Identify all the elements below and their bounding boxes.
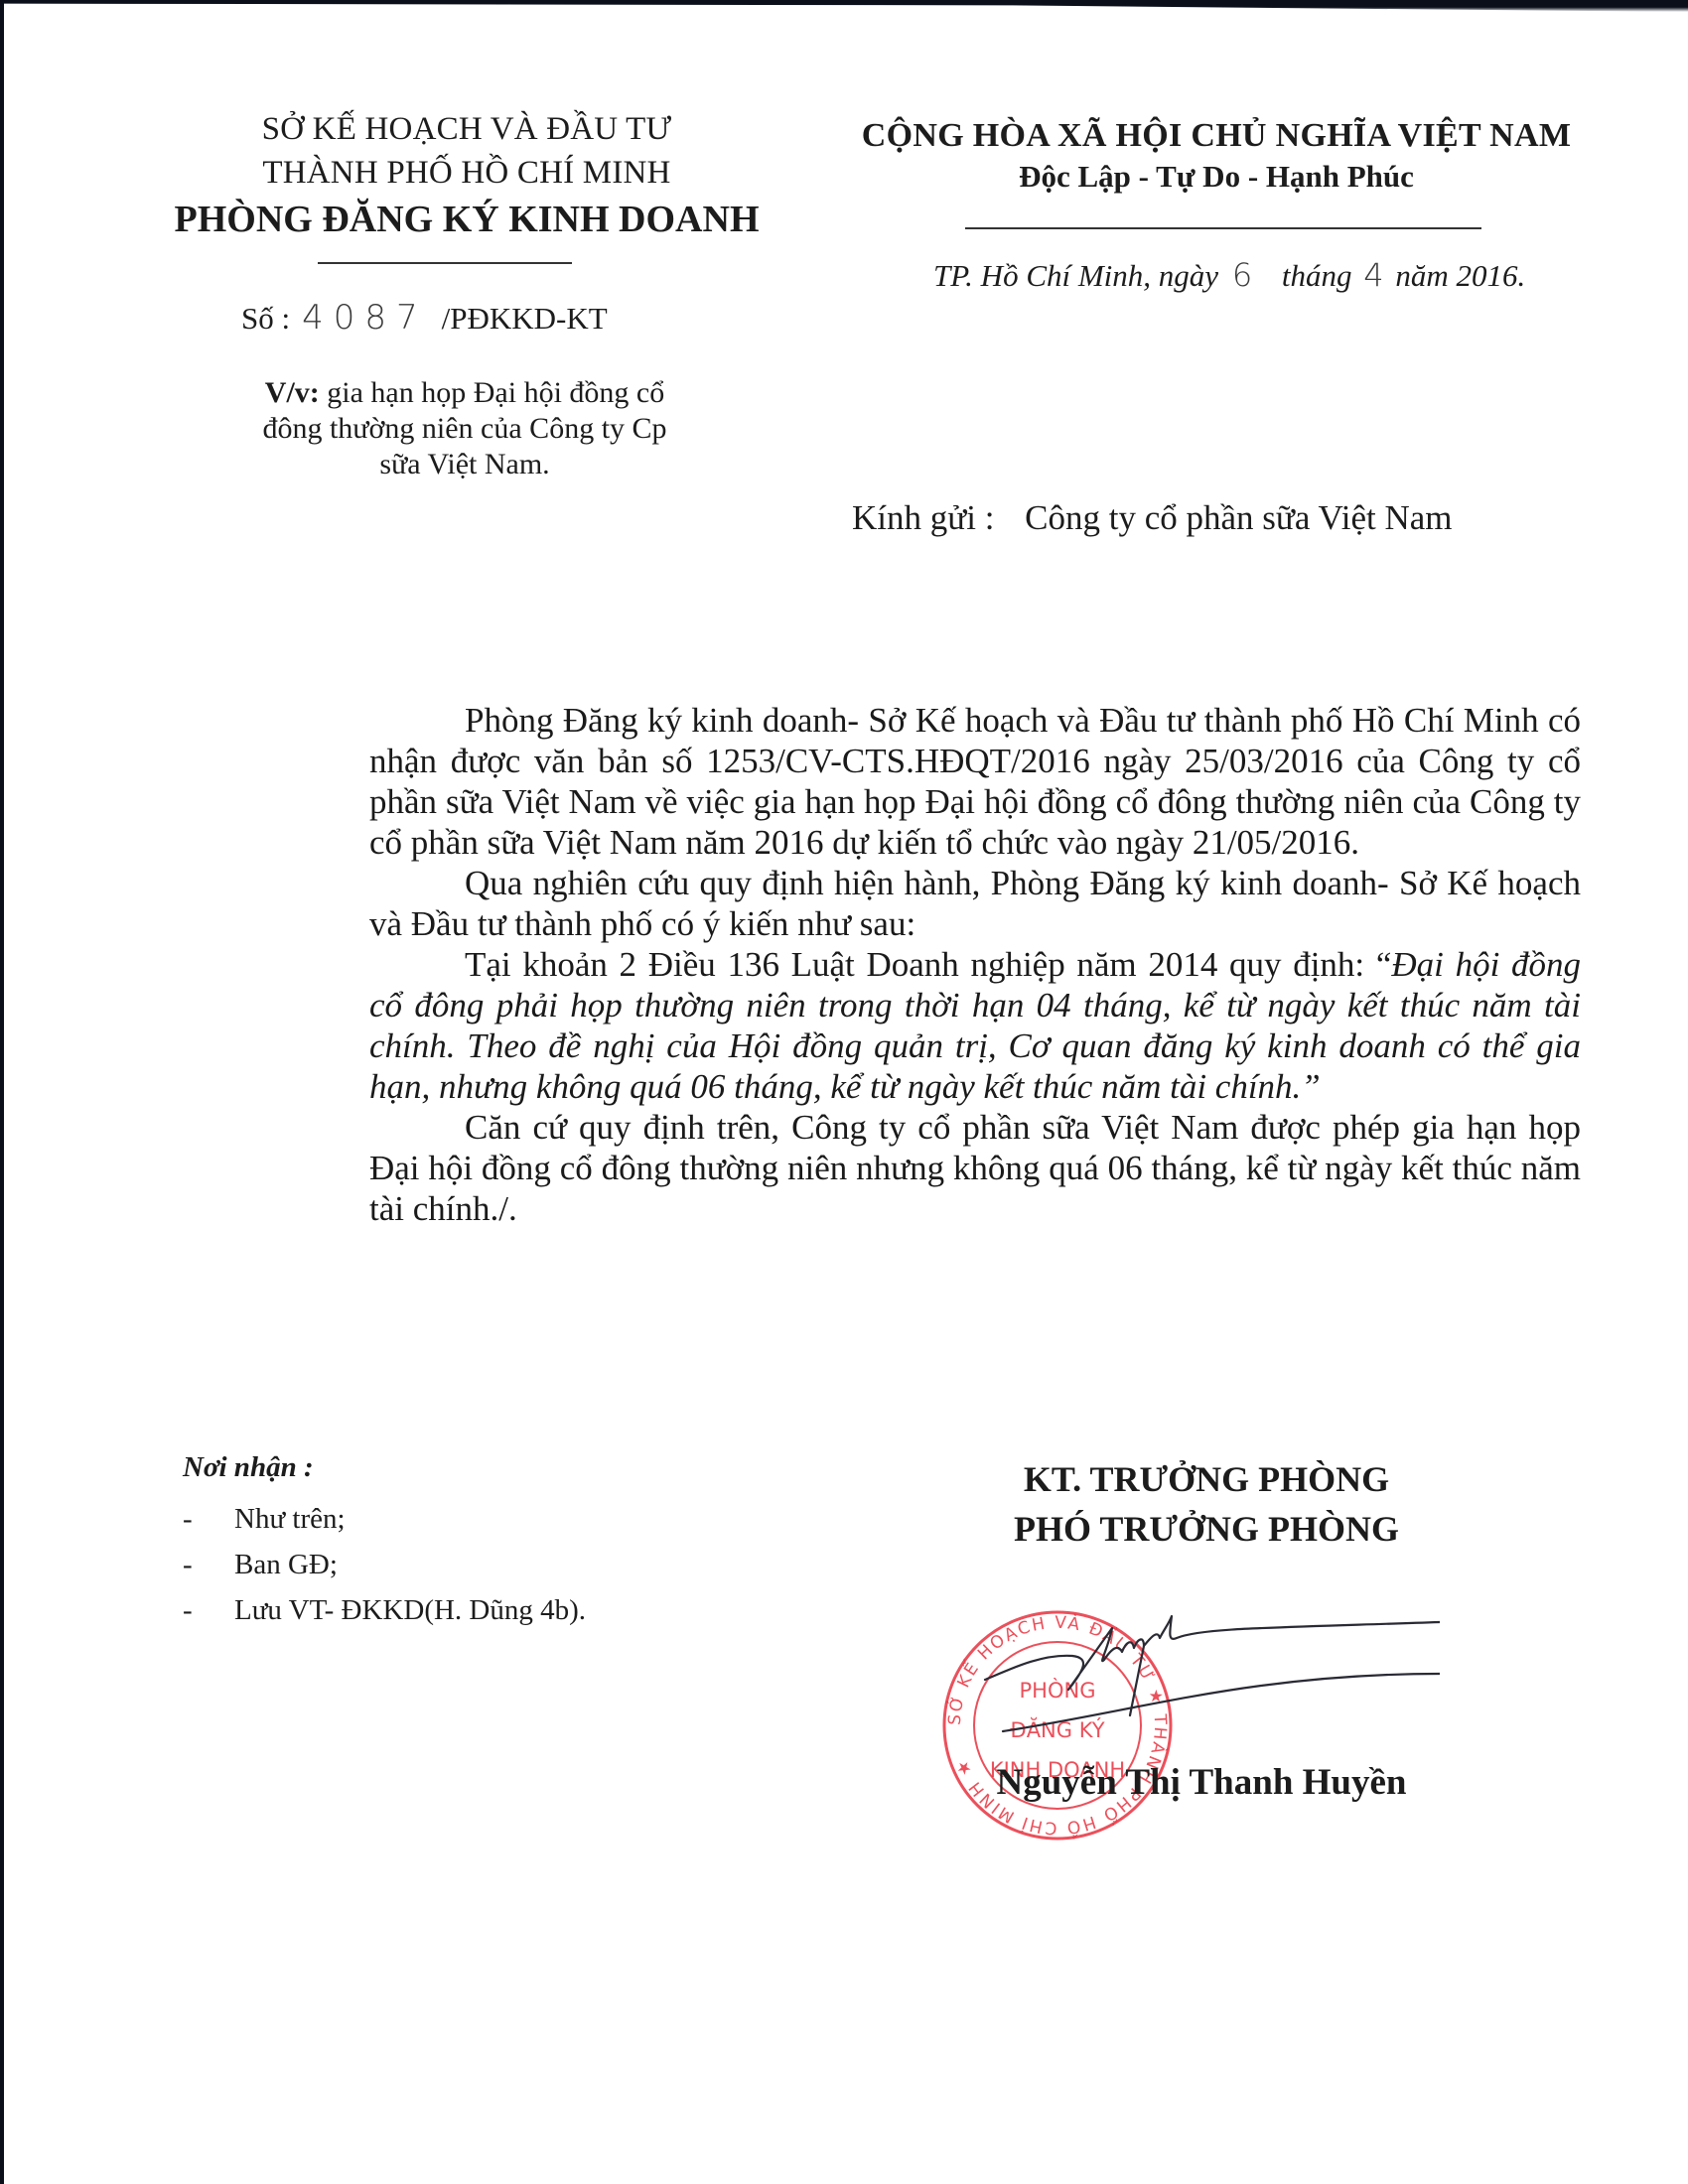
- law-citation: Tại khoản 2 Điều 136 Luật Doanh nghiệp n…: [465, 945, 1391, 984]
- dateline: TP. Hồ Chí Minh, ngày 6 tháng 4 năm 2016…: [933, 256, 1525, 294]
- nation-divider: [965, 227, 1481, 229]
- letter-body: Phòng Đăng ký kinh doanh- Sở Kế hoạch và…: [369, 700, 1581, 1229]
- handwritten-signature-icon: [973, 1608, 1440, 1777]
- scan-edge-shadow: [0, 0, 1688, 12]
- national-header: CỘNG HÒA XÃ HỘI CHỦ NGHĨA VIỆT NAM Độc L…: [849, 117, 1584, 195]
- dateline-year: năm 2016.: [1395, 258, 1525, 293]
- nation-motto: Độc Lập - Tự Do - Hạnh Phúc: [849, 159, 1584, 195]
- agency-divider: [318, 262, 572, 264]
- agency-office: PHÒNG ĐĂNG KÝ KINH DOANH: [149, 195, 784, 244]
- subject-line-3: sữa Việt Nam.: [226, 447, 703, 482]
- body-paragraph-4: Căn cứ quy định trên, Công ty cổ phần sữ…: [369, 1107, 1581, 1229]
- scan-edge-left: [0, 0, 4, 2184]
- signature-title-1: KT. TRƯỞNG PHÒNG: [983, 1454, 1430, 1504]
- cc-item: -Lưu VT- ĐKKD(H. Dũng 4b).: [183, 1587, 586, 1633]
- signature-titles: KT. TRƯỞNG PHÒNG PHÓ TRƯỞNG PHÒNG: [983, 1454, 1430, 1554]
- cc-item: -Như trên;: [183, 1496, 586, 1542]
- dateline-month-label: tháng: [1282, 258, 1352, 293]
- nation-name: CỘNG HÒA XÃ HỘI CHỦ NGHĨA VIỆT NAM: [849, 117, 1584, 155]
- agency-city: THÀNH PHỐ HỒ CHÍ MINH: [149, 151, 784, 195]
- subject-label: V/v:: [265, 376, 320, 409]
- dateline-prefix: TP. Hồ Chí Minh, ngày: [933, 258, 1218, 293]
- reference-suffix: /PĐKKD-KT: [442, 301, 608, 337]
- reference-handwritten-number: 4087: [302, 298, 428, 338]
- cc-title: Nơi nhận :: [183, 1451, 586, 1484]
- subject-line-2: đông thường niên của Công ty Cp: [226, 411, 703, 447]
- recipient: Kính gửi : Công ty cổ phần sữa Việt Nam: [852, 498, 1453, 538]
- subject: V/v: gia hạn họp Đại hội đồng cổ đông th…: [226, 375, 703, 482]
- recipient-label: Kính gửi :: [852, 498, 994, 537]
- cc-item: -Ban GĐ;: [183, 1542, 586, 1587]
- body-paragraph-2: Qua nghiên cứu quy định hiện hành, Phòng…: [369, 863, 1581, 944]
- signature-title-2: PHÓ TRƯỞNG PHÒNG: [983, 1504, 1430, 1554]
- body-paragraph-1: Phòng Đăng ký kinh doanh- Sở Kế hoạch và…: [369, 700, 1581, 863]
- dateline-day-handwritten: 6: [1232, 256, 1252, 294]
- reference-label: Số :: [241, 301, 290, 337]
- signer-name: Nguyễn Thị Thanh Huyền: [973, 1761, 1430, 1804]
- cc-list: Nơi nhận : -Như trên; -Ban GĐ; -Lưu VT- …: [183, 1451, 586, 1633]
- body-paragraph-3: Tại khoản 2 Điều 136 Luật Doanh nghiệp n…: [369, 944, 1581, 1107]
- agency-header: SỞ KẾ HOẠCH VÀ ĐẦU TƯ THÀNH PHỐ HỒ CHÍ M…: [149, 107, 784, 244]
- reference-number: Số : 4087 /PĐKKD-KT: [241, 298, 608, 338]
- recipient-name: Công ty cổ phần sữa Việt Nam: [1025, 498, 1452, 537]
- agency-department: SỞ KẾ HOẠCH VÀ ĐẦU TƯ: [149, 107, 784, 151]
- subject-line-1: gia hạn họp Đại hội đồng cổ: [327, 376, 664, 409]
- dateline-month-handwritten: 4: [1363, 256, 1383, 294]
